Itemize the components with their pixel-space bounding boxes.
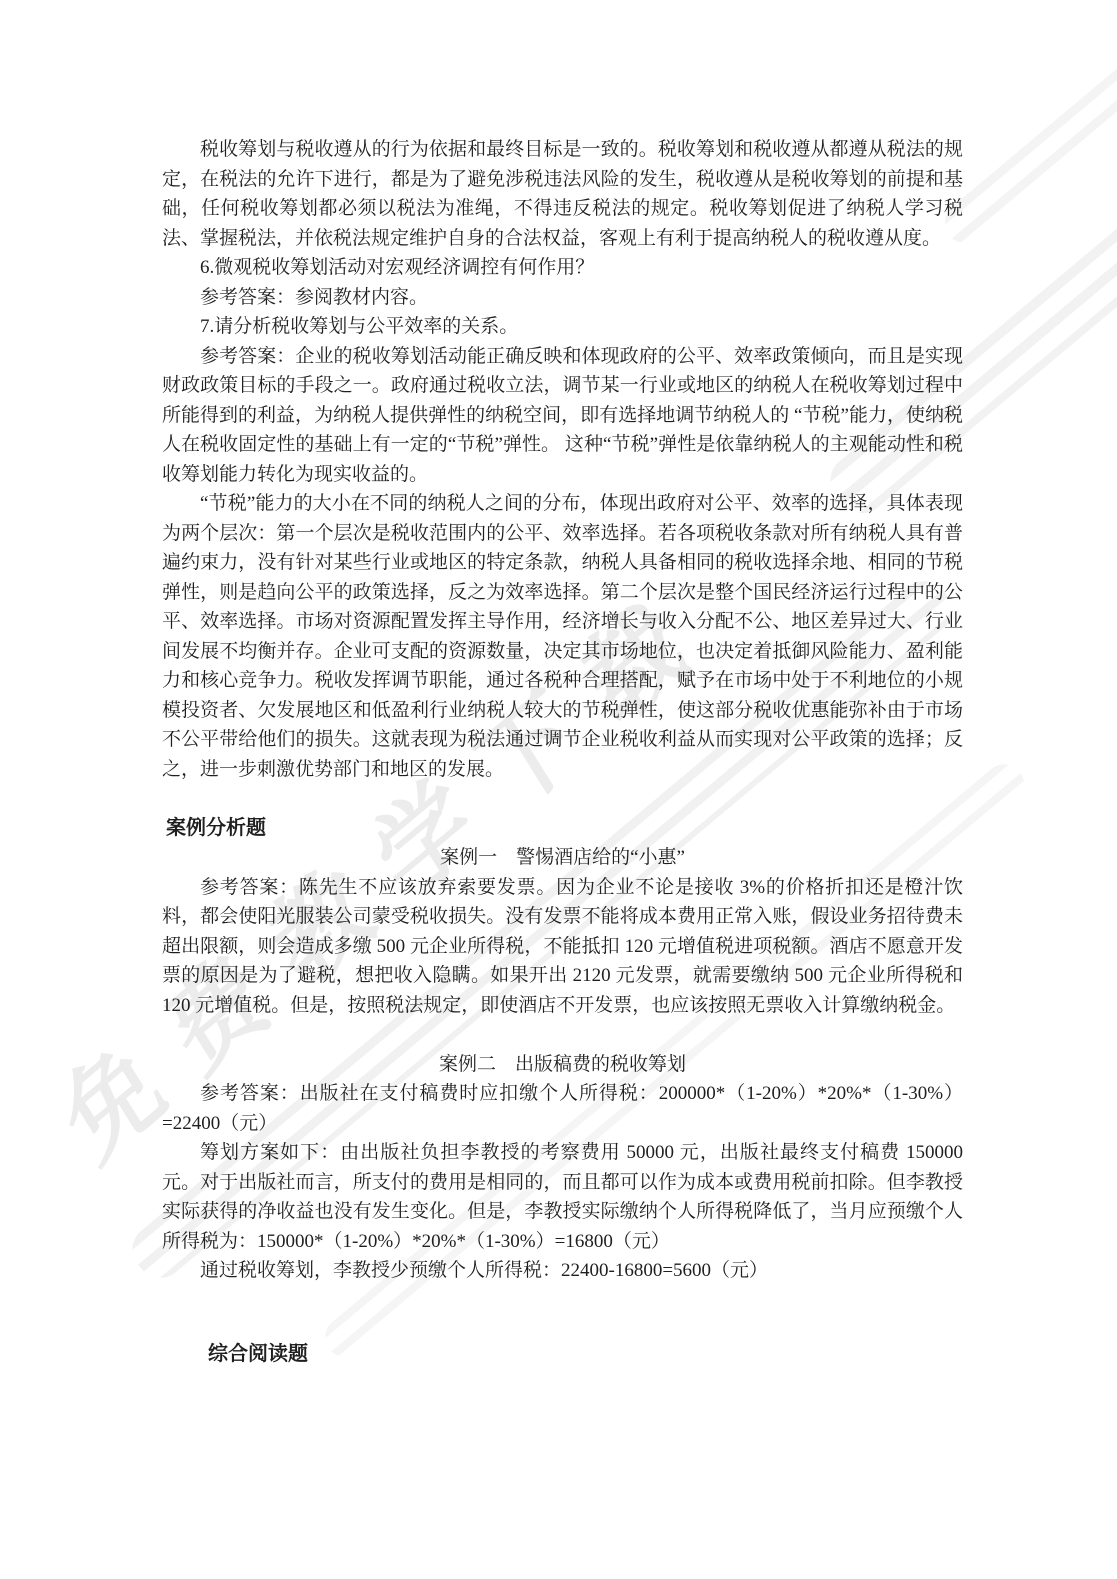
document-page: 免费教学下载 税收筹划与税收遵从的行为依据和最终目标是一致的。税收筹划和税收遵从… <box>0 0 1117 1579</box>
watermark-stripe <box>937 40 1117 252</box>
case-2-answer-calculation: 参考答案：出版社在支付稿费时应扣缴个人所得税：200000*（1-20%）*20… <box>162 1079 963 1138</box>
document-content: 税收筹划与税收遵从的行为依据和最终目标是一致的。税收筹划和税收遵从都遵从税法的规… <box>162 135 963 1369</box>
answer-6: 参考答案：参阅教材内容。 <box>162 283 963 313</box>
case-1-answer: 参考答案：陈先生不应该放弃索要发票。因为企业不论是接收 3%的价格折扣还是橙汁饮… <box>162 873 963 1021</box>
section-heading-comprehensive-reading: 综合阅读题 <box>162 1340 963 1370</box>
case-1-title: 案例一 警惕酒店给的“小惠” <box>162 843 963 873</box>
question-7: 7.请分析税收筹划与公平效率的关系。 <box>162 312 963 342</box>
case-2-plan: 筹划方案如下：由出版社负担李教授的考察费用 50000 元，出版社最终支付稿费 … <box>162 1138 963 1256</box>
case-2-conclusion: 通过税收筹划，李教授少预缴个人所得税：22400-16800=5600（元） <box>162 1256 963 1286</box>
case-2-title: 案例二 出版稿费的税收筹划 <box>162 1050 963 1080</box>
paragraph-tax-saving-fairness: “节税”能力的大小在不同的纳税人之间的分布，体现出政府对公平、效率的选择，具体表… <box>162 489 963 784</box>
paragraph-tax-compliance: 税收筹划与税收遵从的行为依据和最终目标是一致的。税收筹划和税收遵从都遵从税法的规… <box>162 135 963 253</box>
section-heading-case-analysis: 案例分析题 <box>162 814 963 844</box>
answer-7: 参考答案：企业的税收筹划活动能正确反映和体现政府的公平、效率政策倾向，而且是实现… <box>162 342 963 490</box>
question-6: 6.微观税收筹划活动对宏观经济调控有何作用？ <box>162 253 963 283</box>
